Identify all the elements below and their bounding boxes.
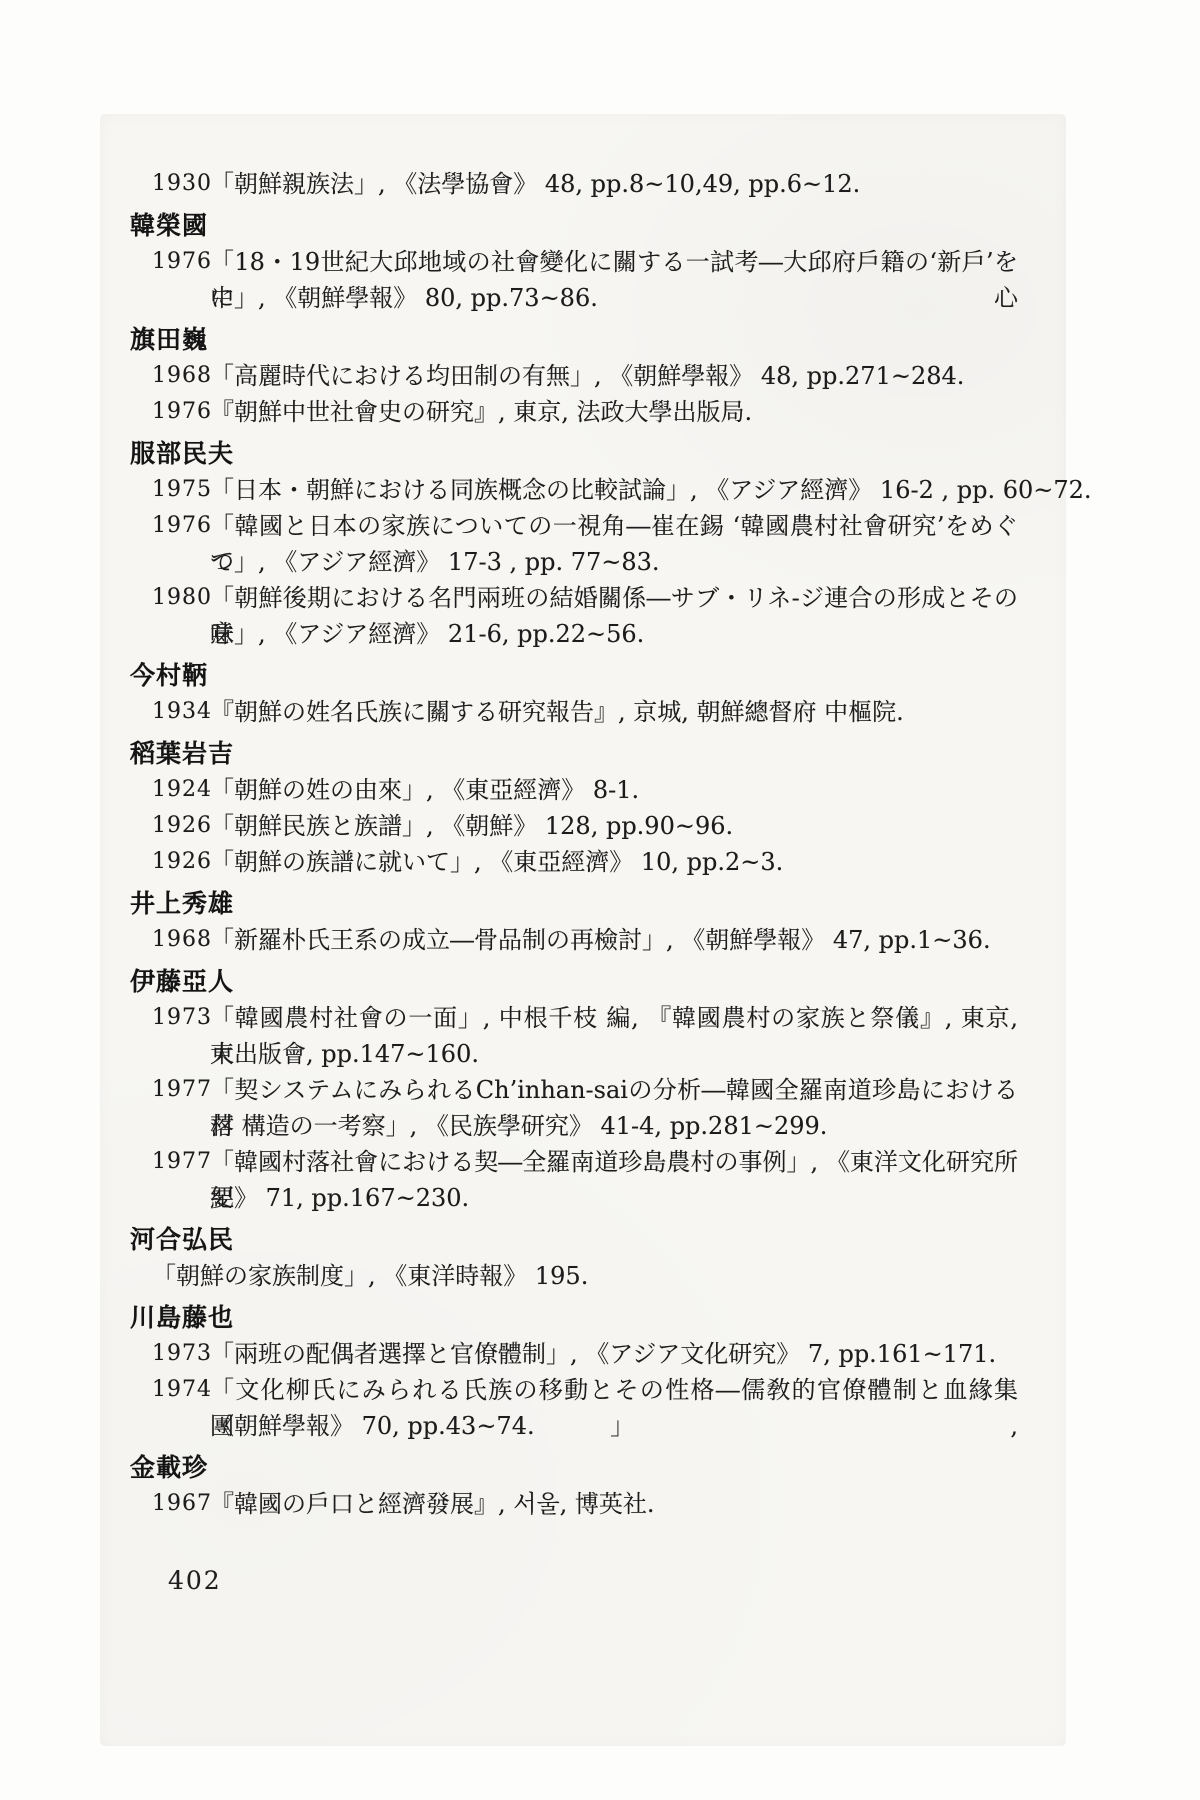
entry-text: 「韓國農村社會の一面」, 中根千枝 編, 『韓國農村の家族と祭儀』, 東京, 東 <box>210 1000 1018 1036</box>
entry-year: 1930 <box>152 166 210 202</box>
entry-continuation-line: 要》 71, pp.167~230. <box>100 1180 1066 1216</box>
entry-year: 1976 <box>152 244 210 280</box>
author-heading: 河合弘民 <box>130 1222 1066 1258</box>
page-number: 402 <box>168 1566 222 1595</box>
bibliography-entry: 1926「朝鮮の族譜に就いて」, 《東亞經濟》 10, pp.2~3. <box>100 844 1066 880</box>
bibliography-entry: 1980「朝鮮後期における名門兩班の結婚關係―サブ・リネ-ジ連合の形成とその意 <box>100 580 1066 616</box>
author-heading: 服部民夫 <box>130 436 1066 472</box>
entry-continuation-line: て」, 《アジア經濟》 17-3 , pp. 77~83. <box>100 544 1066 580</box>
scanned-book-page: 1930「朝鮮親族法」, 《法學協會》 48, pp.8~10,49, pp.6… <box>0 0 1200 1800</box>
entry-year: 1974 <box>152 1372 210 1408</box>
entry-text: 「朝鮮親族法」, 《法學協會》 48, pp.8~10,49, pp.6~12. <box>210 166 1018 202</box>
bibliography-entry: 1967『韓國の戶口と經濟發展』, 서울, 博英社. <box>100 1486 1066 1522</box>
entry-year: 1934 <box>152 694 210 730</box>
entry-continuation-line: 味」, 《アジア經濟》 21-6, pp.22~56. <box>100 616 1066 652</box>
entry-text: 「韓國と日本の家族についての一視角―崔在錫 ‘韓國農村社會研究’をめぐつ <box>210 508 1018 544</box>
scanned-page: 1930「朝鮮親族法」, 《法學協會》 48, pp.8~10,49, pp.6… <box>100 114 1066 1746</box>
author-heading: 旗田巍 <box>130 322 1066 358</box>
bibliography-entry: 1968「高麗時代における均田制の有無」, 《朝鮮學報》 48, pp.271~… <box>100 358 1066 394</box>
entry-text: 「朝鮮民族と族譜」, 《朝鮮》 128, pp.90~96. <box>210 808 1018 844</box>
entry-year: 1976 <box>152 508 210 544</box>
author-heading: 韓榮國 <box>130 208 1066 244</box>
entry-text: に」, 《朝鮮學報》 80, pp.73~86. <box>210 280 1018 316</box>
entry-year: 1975 <box>152 472 210 508</box>
entry-text: 「朝鮮の族譜に就いて」, 《東亞經濟》 10, pp.2~3. <box>210 844 1018 880</box>
entry-text: 「朝鮮後期における名門兩班の結婚關係―サブ・リネ-ジ連合の形成とその意 <box>210 580 1018 616</box>
bibliography: 1930「朝鮮親族法」, 《法學協會》 48, pp.8~10,49, pp.6… <box>100 166 1066 1522</box>
bibliography-entry: 1977「契システムにみられるCh’inhan-saiの分析―韓國全羅南道珍島に… <box>100 1072 1066 1108</box>
entry-year: 1926 <box>152 808 210 844</box>
entry-text: 「高麗時代における均田制の有無」, 《朝鮮學報》 48, pp.271~284. <box>210 358 1018 394</box>
entry-year: 1977 <box>152 1072 210 1108</box>
entry-text: 「韓國村落社會における契―全羅南道珍島農村の事例」, 《東洋文化研究所紀 <box>210 1144 1018 1180</box>
entry-year: 1967 <box>152 1486 210 1522</box>
entry-continuation-line: 落 構造の一考察」, 《民族學研究》 41-4, pp.281~299. <box>100 1108 1066 1144</box>
entry-text: 『韓國の戶口と經濟發展』, 서울, 博英社. <box>210 1486 1018 1522</box>
entry-text: 「朝鮮の姓の由來」, 《東亞經濟》 8-1. <box>210 772 1018 808</box>
bibliography-entry: 1976『朝鮮中世社會史の研究』, 東京, 法政大學出版局. <box>100 394 1066 430</box>
bibliography-entry: 1926「朝鮮民族と族譜」, 《朝鮮》 128, pp.90~96. <box>100 808 1066 844</box>
entry-year: 1968 <box>152 922 210 958</box>
bibliography-entry: 「朝鮮の家族制度」, 《東洋時報》 195. <box>100 1258 1066 1294</box>
entry-text: 味」, 《アジア經濟》 21-6, pp.22~56. <box>210 616 1018 652</box>
entry-year: 1926 <box>152 844 210 880</box>
bibliography-entry: 1976「18・19世紀大邱地域の社會變化に關する一試考―大邱府戶籍の‘新戶’を… <box>100 244 1066 280</box>
entry-text: 落 構造の一考察」, 《民族學研究》 41-4, pp.281~299. <box>210 1108 1018 1144</box>
entry-text: 『朝鮮の姓名氏族に關する研究報告』, 京城, 朝鮮總督府 中樞院. <box>210 694 1018 730</box>
entry-text: 「朝鮮の家族制度」, 《東洋時報》 195. <box>152 1258 960 1294</box>
entry-text: 「文化柳氏にみられる氏族の移動とその性格―儒敎的官僚體制と血緣集團」, <box>210 1372 1018 1408</box>
entry-year: 1980 <box>152 580 210 616</box>
bibliography-entry: 1973「兩班の配偶者選擇と官僚體制」, 《アジア文化研究》 7, pp.161… <box>100 1336 1066 1372</box>
author-heading: 伊藤亞人 <box>130 964 1066 1000</box>
entry-text: 《朝鮮學報》 70, pp.43~74. <box>210 1408 1018 1444</box>
entry-year: 1968 <box>152 358 210 394</box>
bibliography-entry: 1973「韓國農村社會の一面」, 中根千枝 編, 『韓國農村の家族と祭儀』, 東… <box>100 1000 1066 1036</box>
entry-text: 大出版會, pp.147~160. <box>210 1036 1018 1072</box>
entry-continuation-line: 大出版會, pp.147~160. <box>100 1036 1066 1072</box>
entry-text: 「新羅朴氏王系の成立―骨品制の再檢討」, 《朝鮮學報》 47, pp.1~36. <box>210 922 1018 958</box>
bibliography-entry: 1977「韓國村落社會における契―全羅南道珍島農村の事例」, 《東洋文化研究所紀 <box>100 1144 1066 1180</box>
entry-text: て」, 《アジア經濟》 17-3 , pp. 77~83. <box>210 544 1018 580</box>
entry-year: 1924 <box>152 772 210 808</box>
bibliography-entry: 1968「新羅朴氏王系の成立―骨品制の再檢討」, 《朝鮮學報》 47, pp.1… <box>100 922 1066 958</box>
author-heading: 井上秀雄 <box>130 886 1066 922</box>
bibliography-entry: 1934『朝鮮の姓名氏族に關する研究報告』, 京城, 朝鮮總督府 中樞院. <box>100 694 1066 730</box>
entry-year: 1973 <box>152 1336 210 1372</box>
bibliography-entry: 1975「日本・朝鮮における同族概念の比較試論」, 《アジア經濟》 16-2 ,… <box>100 472 1066 508</box>
entry-continuation-line: に」, 《朝鮮學報》 80, pp.73~86. <box>100 280 1066 316</box>
author-heading: 川島藤也 <box>130 1300 1066 1336</box>
bibliography-entry: 1930「朝鮮親族法」, 《法學協會》 48, pp.8~10,49, pp.6… <box>100 166 1066 202</box>
entry-text: 「兩班の配偶者選擇と官僚體制」, 《アジア文化研究》 7, pp.161~171… <box>210 1336 1018 1372</box>
entry-text: 「契システムにみられるCh’inhan-saiの分析―韓國全羅南道珍島における … <box>210 1072 1018 1108</box>
entry-year: 1977 <box>152 1144 210 1180</box>
entry-text: 『朝鮮中世社會史の研究』, 東京, 法政大學出版局. <box>210 394 1018 430</box>
bibliography-entry: 1976「韓國と日本の家族についての一視角―崔在錫 ‘韓國農村社會研究’をめぐつ <box>100 508 1066 544</box>
author-heading: 金載珍 <box>130 1450 1066 1486</box>
author-heading: 今村鞆 <box>130 658 1066 694</box>
entry-text: 「日本・朝鮮における同族概念の比較試論」, 《アジア經濟》 16-2 , pp.… <box>210 472 1018 508</box>
entry-text: 「18・19世紀大邱地域の社會變化に關する一試考―大邱府戶籍の‘新戶’を中心 <box>210 244 1018 280</box>
bibliography-entry: 1924「朝鮮の姓の由來」, 《東亞經濟》 8-1. <box>100 772 1066 808</box>
entry-year: 1976 <box>152 394 210 430</box>
bibliography-entry: 1974「文化柳氏にみられる氏族の移動とその性格―儒敎的官僚體制と血緣集團」, <box>100 1372 1066 1408</box>
entry-year: 1973 <box>152 1000 210 1036</box>
entry-continuation-line: 《朝鮮學報》 70, pp.43~74. <box>100 1408 1066 1444</box>
author-heading: 稻葉岩吉 <box>130 736 1066 772</box>
entry-text: 要》 71, pp.167~230. <box>210 1180 1018 1216</box>
